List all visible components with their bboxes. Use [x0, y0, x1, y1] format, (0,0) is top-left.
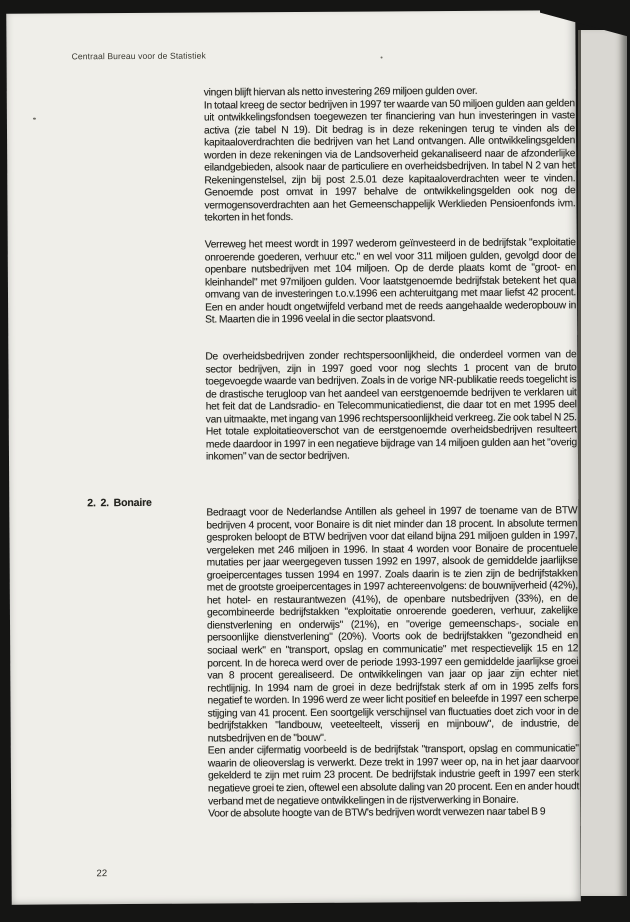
paragraph-text: In totaal kreeg de sector bedrijven in 1…: [204, 98, 576, 226]
paragraph-development-funds: vingen blijft hiervan als netto invester…: [204, 85, 576, 225]
page-number: 22: [97, 868, 108, 879]
paragraph-government-enterprises: De overheidsbedrijven zonder rechtsperso…: [205, 349, 577, 464]
document-header: Centraal Bureau voor de Statistiek: [72, 51, 206, 62]
document-page: Centraal Bureau voor de Statistiek vinge…: [6, 10, 580, 904]
paragraph-text: De overheidsbedrijven zonder rechtsperso…: [205, 349, 577, 464]
scan-speck: [33, 118, 36, 120]
paragraph-investments-1997: Verreweg het meest wordt in 1997 wederom…: [205, 237, 577, 327]
paragraph-text: Een ander cijfermatig voorbeeld is de be…: [208, 744, 579, 809]
paragraph-text: Verreweg het meest wordt in 1997 wederom…: [205, 237, 577, 327]
underlying-page-edge: [578, 30, 627, 896]
scan-speck: [381, 56, 383, 58]
section-body-bonaire: Bedraagt voor de Nederlandse Antillen al…: [206, 505, 579, 821]
section-heading-bonaire: 2. 2. Bonaire: [87, 497, 151, 509]
paragraph-text: Voor de absolute hoogte van de BTW's bed…: [208, 806, 579, 821]
paragraph-text: Bedraagt voor de Nederlandse Antillen al…: [206, 505, 578, 746]
